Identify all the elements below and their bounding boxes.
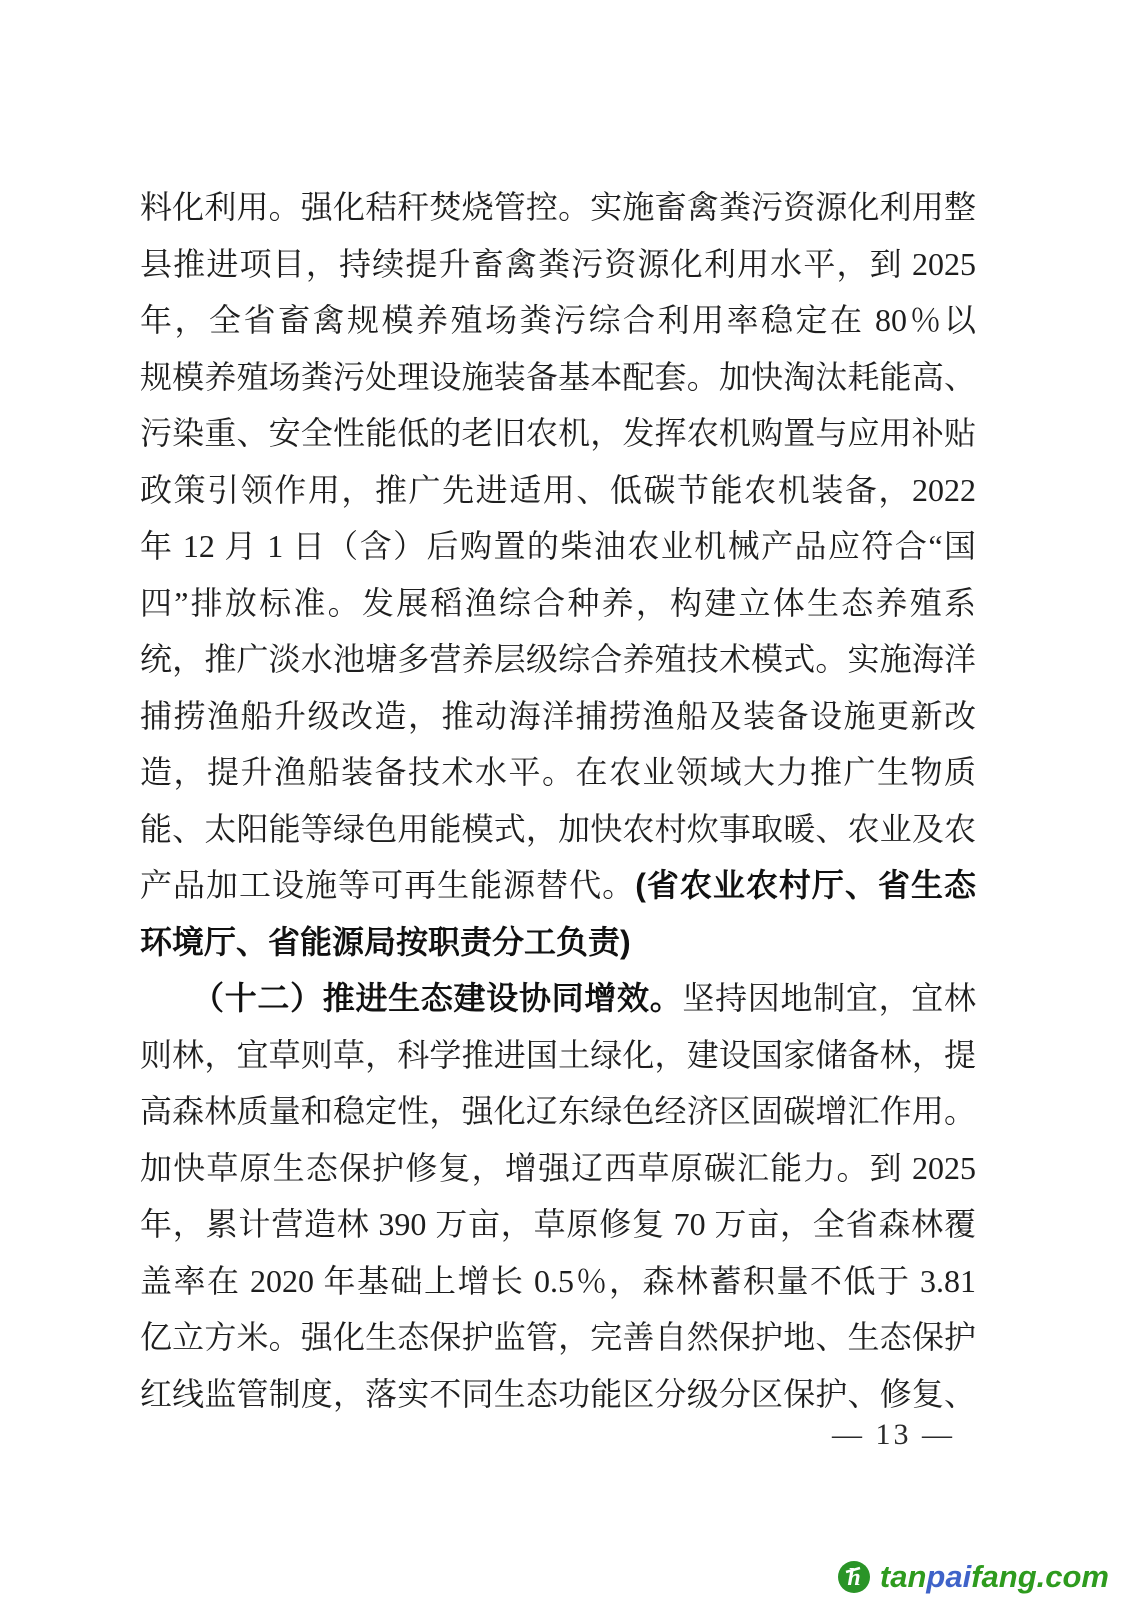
tanpaifang-logo-icon: h (837, 1560, 871, 1594)
watermark-tanpaifang: h tanpaifang.com (837, 1559, 1109, 1595)
document-page: 料化利用。强化秸秆焚烧管控。实施畜禽粪污资源化利用整 县推进项目，持续提升畜禽粪… (0, 0, 1131, 1600)
text-line: 年 12 月 1 日（含）后购置的柴油农业机械产品应符合“国 (140, 518, 976, 575)
text-line: 料化利用。强化秸秆焚烧管控。实施畜禽粪污资源化利用整 (140, 179, 976, 236)
responsible-departments-bold: 环境厅、省能源局按职责分工负责) (140, 914, 976, 971)
text-line: 高森林质量和稳定性，强化辽东绿色经济区固碳增汇作用。 (140, 1083, 976, 1140)
text-line: 县推进项目，持续提升畜禽粪污资源化利用水平，到 2025 (140, 236, 976, 293)
text-line: 造，提升渔船装备技术水平。在农业领域大力推广生物质 (140, 744, 976, 801)
text-line: 能、太阳能等绿色用能模式，加快农村炊事取暖、农业及农 (140, 801, 976, 858)
text-line: 统，推广淡水池塘多营养层级综合养殖技术模式。实施海洋 (140, 631, 976, 688)
page-number: — 13 — (832, 1418, 955, 1452)
text-line: 捕捞渔船升级改造，推动海洋捕捞渔船及装备设施更新改 (140, 688, 976, 745)
text-line: 盖率在 2020 年基础上增长 0.5％，森林蓄积量不低于 3.81 (140, 1253, 976, 1310)
watermark-text: tanpaifang.com (880, 1559, 1109, 1595)
text-line-mixed: 产品加工设施等可再生能源替代。(省农业农村厅、省生态 (140, 857, 976, 914)
watermark-text-blue: pai (926, 1559, 971, 1594)
text-line: 年，累计营造林 390 万亩，草原修复 70 万亩，全省森林覆 (140, 1196, 976, 1253)
text-line: 规模养殖场粪污处理设施装备基本配套。加快淘汰耗能高、 (140, 349, 976, 406)
text-line: 红线监管制度，落实不同生态功能区分级分区保护、修复、 (140, 1366, 976, 1423)
text-segment: 坚持因地制宜，宜林 (682, 980, 976, 1016)
text-line: 亿立方米。强化生态保护监管，完善自然保护地、生态保护 (140, 1309, 976, 1366)
text-line: 政策引领作用，推广先进适用、低碳节能农机装备，2022 (140, 462, 976, 519)
watermark-text-green-2: fang.com (971, 1559, 1109, 1594)
text-line: 四”排放标准。发展稻渔综合种养，构建立体生态养殖系 (140, 575, 976, 632)
text-line: 加快草原生态保护修复，增强辽西草原碳汇能力。到 2025 (140, 1140, 976, 1197)
section-12-heading-line: （十二）推进生态建设协同增效。坚持因地制宜，宜林 (140, 970, 976, 1027)
text-line: 年，全省畜禽规模养殖场粪污综合利用率稳定在 80％以上， (140, 292, 976, 349)
document-body: 料化利用。强化秸秆焚烧管控。实施畜禽粪污资源化利用整 县推进项目，持续提升畜禽粪… (140, 179, 976, 1422)
text-line: 污染重、安全性能低的老旧农机，发挥农机购置与应用补贴 (140, 405, 976, 462)
text-line: 则林，宜草则草，科学推进国土绿化，建设国家储备林，提 (140, 1027, 976, 1084)
watermark-text-green-1: tan (880, 1559, 927, 1594)
responsible-departments-bold: (省农业农村厅、省生态 (635, 867, 976, 903)
text-segment: 产品加工设施等可再生能源替代。 (140, 867, 635, 903)
section-12-heading: （十二）推进生态建设协同增效。 (192, 980, 682, 1016)
